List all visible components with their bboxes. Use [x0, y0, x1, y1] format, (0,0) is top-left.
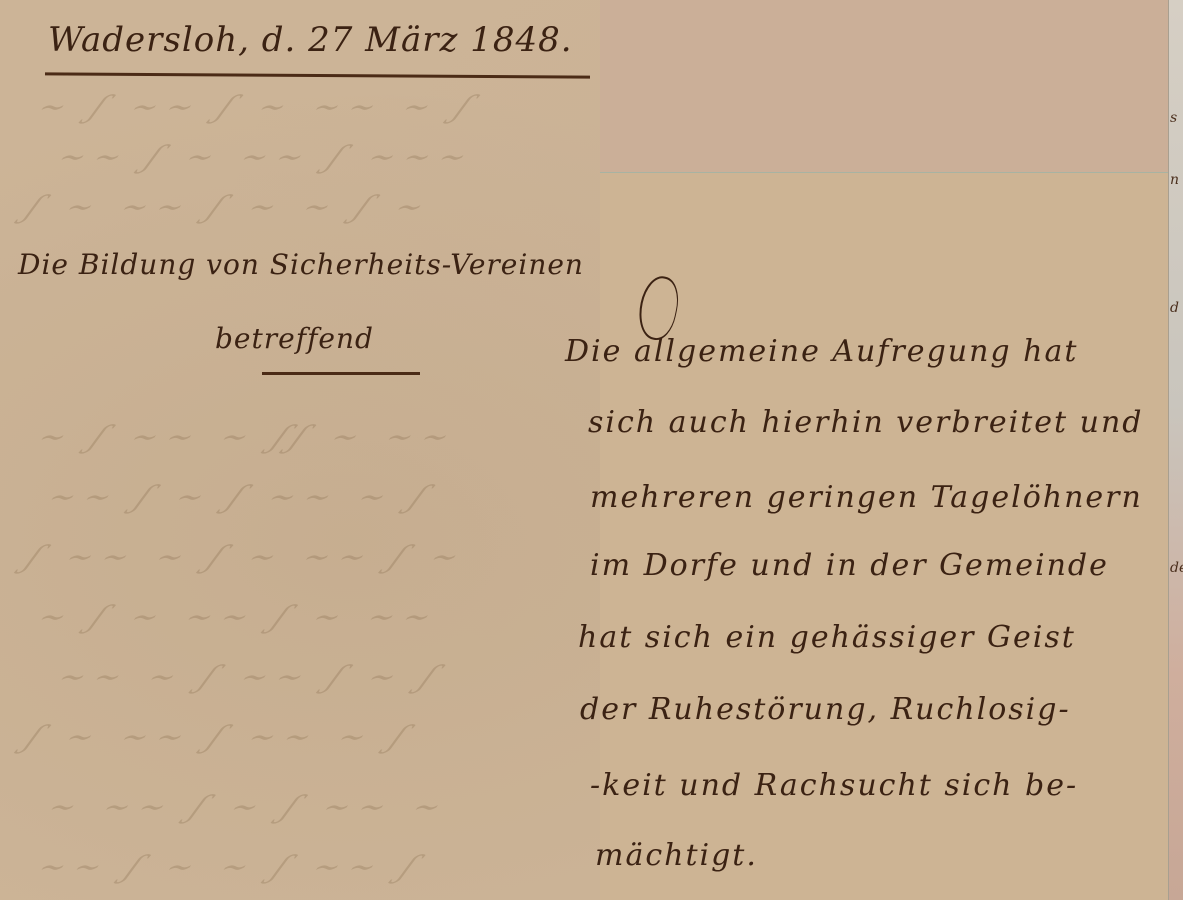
bleed-through-text: ~ ʃ ~~ ʃ ~ ~~ ~ ʃ — [28, 90, 490, 125]
bleed-through-text: ~~ ʃ ~ ~ ʃ ~~ ʃ — [28, 850, 435, 885]
body-line-3: mehreren geringen Tagelöhnern — [590, 480, 1143, 515]
document-page: ~ ʃ ~~ ʃ ~ ~~ ~ ʃ ~~ ʃ ~ ~~ ʃ ~~~ ʃ ~ ~~… — [0, 0, 1168, 900]
bleed-through-text: ʃ ~ ~~ ʃ ~ ~ ʃ ~ — [18, 190, 445, 225]
heading-underline — [45, 72, 590, 78]
bleed-through-text: ~ ~~ ʃ ~ ʃ ~~ ~ — [38, 790, 462, 825]
adjacent-page-fragment: d — [1170, 300, 1179, 316]
body-line-6: der Ruhestörung, Ruchlosig- — [580, 692, 1071, 727]
body-line-1: Die allgemeine Aufregung hat — [565, 334, 1078, 369]
bleed-through-text: ʃ ~~ ~ ʃ ~ ~~ ʃ ~ — [18, 540, 480, 575]
bleed-through-text: ʃ ~ ~~ ʃ ~~ ~ ʃ — [18, 720, 425, 755]
place-date-heading: Wadersloh, d. 27 März 1848. — [48, 20, 573, 60]
body-line-4: im Dorfe und in der Gemeinde — [590, 548, 1109, 583]
adjacent-page-fragment: n — [1170, 172, 1179, 188]
adjacent-page-fragment: de — [1170, 560, 1183, 576]
bleed-through-text: ~~ ʃ ~ ʃ ~~ ~ ʃ — [38, 480, 445, 515]
bleed-through-text: ~ ʃ ~~ ~ ʃʃ ~ ~~ — [28, 420, 470, 455]
bleed-through-text: ~~ ~ ʃ ~~ ʃ ~ ʃ — [48, 660, 455, 695]
body-line-2: sich auch hierhin verbreitet und — [588, 405, 1143, 440]
subject-line-2: betreffend — [215, 322, 374, 355]
body-line-7: -keit und Rachsucht sich be- — [590, 768, 1078, 803]
adjacent-page-edge — [1168, 0, 1183, 900]
bleed-through-text: ~ ʃ ~ ~~ ʃ ~ ~~ — [28, 600, 452, 635]
subject-underline — [262, 372, 420, 375]
adjacent-page-fragment: s — [1170, 110, 1177, 126]
body-line-5: hat sich ein gehässiger Geist — [578, 620, 1076, 655]
bleed-through-text: ~~ ʃ ~ ~~ ʃ ~~~ — [48, 140, 488, 175]
paper-tone-upper-right — [600, 0, 1168, 173]
body-line-8: mächtigt. — [595, 838, 758, 873]
subject-line-1: Die Bildung von Sicherheits-Vereinen — [18, 248, 584, 281]
